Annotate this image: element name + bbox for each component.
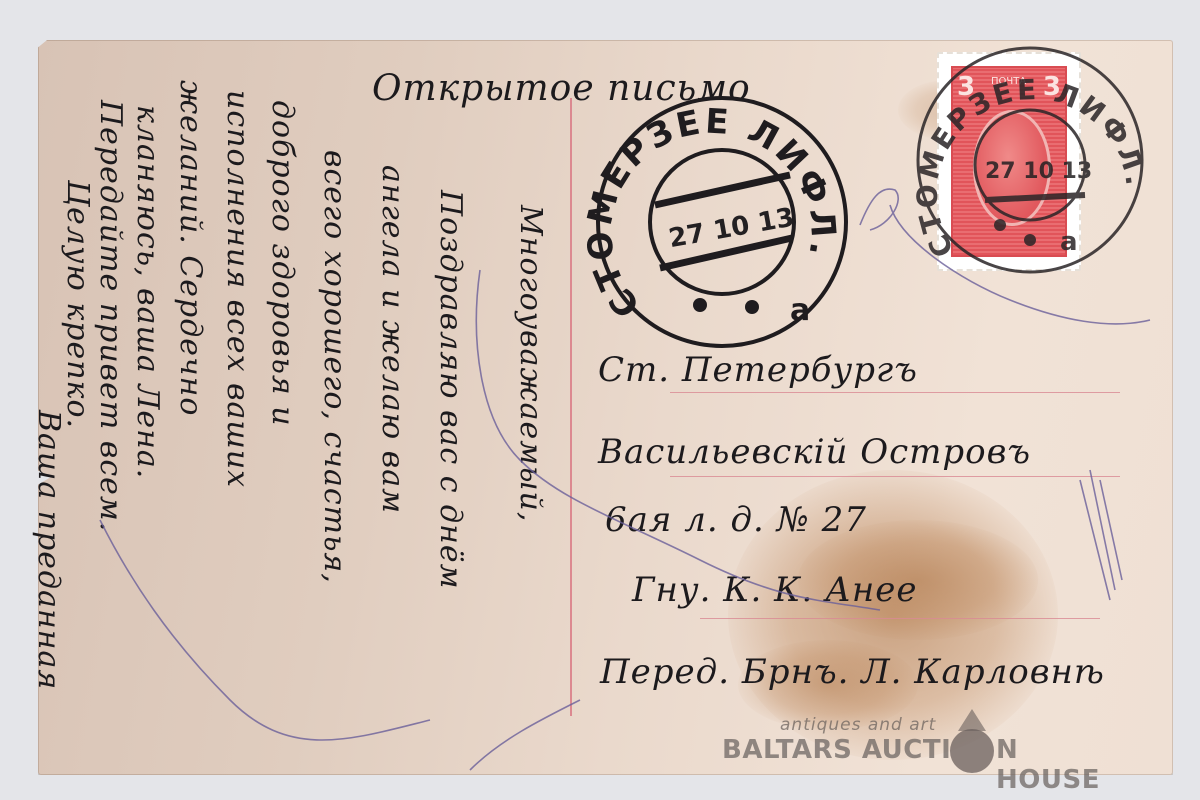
postmark-date: 27 10 13 bbox=[667, 203, 797, 255]
postmark-main: 27 10 13 СТОМЕРЗЕЕ ЛИФЛ. а bbox=[580, 98, 846, 346]
postmark-mark: а bbox=[790, 293, 810, 328]
postmarks-layer: 27 10 13 СТОМЕРЗЕЕ ЛИФЛ. а 27 10 13 СТОМ… bbox=[0, 0, 1200, 800]
stamp-postmark-date: 27 10 13 bbox=[985, 159, 1092, 184]
stamp-postmark-mark: а bbox=[1060, 227, 1078, 257]
postmark-on-stamp: 27 10 13 СТОМЕРЗЕЕ ЛИФЛ. а bbox=[911, 48, 1153, 272]
